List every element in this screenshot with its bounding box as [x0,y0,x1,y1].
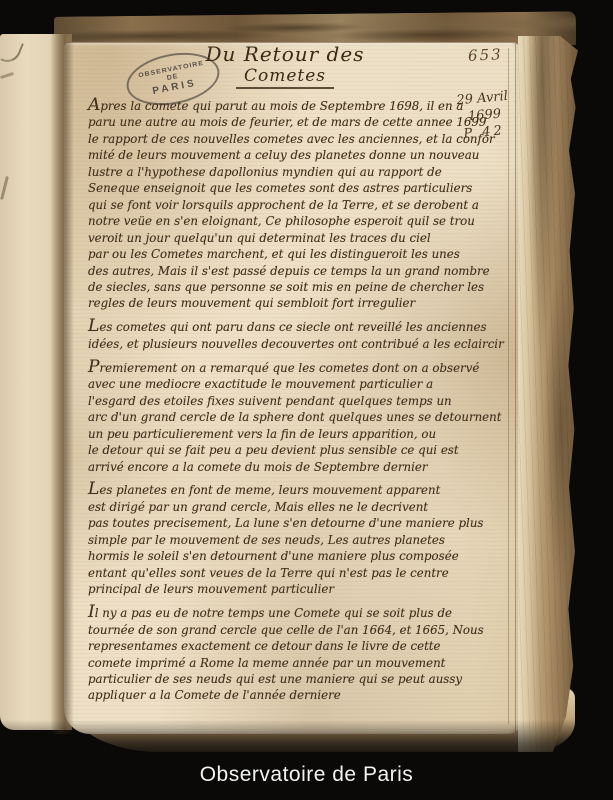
archival-photo: OBSERVATOIRE DE PARIS Du Retour des Come… [0,0,613,800]
manuscript-paragraph: Apres la comete qui parut au mois de Sep… [88,97,470,312]
manuscript-line: Les planetes en font de meme, leurs mouv… [88,481,470,498]
manuscript-line: arc d'un grand cercle de la sphere dont … [88,409,470,425]
manuscript-line: de siecles, sans que personne se soit mi… [88,279,470,295]
manuscript-line: notre veüe en s'en eloignant, Ce philoso… [88,213,470,229]
manuscript-line: idées, et plusieurs nouvelles decouverte… [88,336,470,352]
gutter-shadow [50,34,74,734]
under-page-edge [508,48,509,724]
manuscript-line: lustre a l'hypothese dapollonius myndien… [88,164,470,180]
manuscript-line: un peu particulierement vers la fin de l… [88,426,470,442]
manuscript-text: Apres la comete qui parut au mois de Sep… [88,97,470,704]
manuscript-paragraph: Les cometes qui ont paru dans ce siecle … [88,318,470,352]
manuscript-line: veroit un jour quelqu'un qui determinat … [88,230,470,246]
manuscript-line: hormis le soleil s'en detournent d'une m… [88,548,470,564]
manuscript-line: le detour qui se fait peu a peu devient … [88,442,470,458]
manuscript-line: particulier de ses neuds qui est une man… [88,671,470,687]
manuscript-line: par ou les Cometes marchent, et qui les … [88,246,470,262]
manuscript-line: entant qu'elles sont veues de la Terre q… [88,565,470,581]
manuscript-paragraph: Il ny a pas eu de notre temps une Comete… [88,604,470,704]
page-title-line2: Cometes [236,66,334,89]
page-title-line1: Du Retour des [190,42,380,66]
manuscript-paragraph: Premierement on a remarqué que les comet… [88,359,470,475]
manuscript-line: paru une autre au mois de feurier, et de… [88,114,470,130]
manuscript-line: principal de leurs mouvement particulier [88,581,470,597]
manuscript-line: regles de leurs mouvement qui sembloit f… [88,295,470,311]
manuscript-line: tournée de son grand cercle que celle de… [88,622,470,638]
manuscript-line: des autres, Mais il s'est passé depuis c… [88,263,470,279]
under-page-edge [515,44,516,732]
manuscript-line: pas toutes precisement, La lune s'en det… [88,515,470,531]
manuscript-line: Seneque enseignoit que les cometes sont … [88,180,470,196]
manuscript-line: Apres la comete qui parut au mois de Sep… [88,97,470,114]
manuscript-paragraph: Les planetes en font de meme, leurs mouv… [88,481,470,597]
folio-number: 653 [468,45,504,65]
manuscript-line: est dirigé par un grand cercle, Mais ell… [88,499,470,515]
manuscript-line: arrivé encore a la comete du mois de Sep… [88,459,470,475]
manuscript-line: simple par le mouvement de ses neuds, Le… [88,532,470,548]
manuscript-line: l'esgard des etoiles fixes suivent penda… [88,393,470,409]
manuscript-line: Il ny a pas eu de notre temps une Comete… [88,604,470,621]
manuscript-line: qui se font voir lorsquils approchent de… [88,197,470,213]
page-title: Du Retour des Cometes [190,42,380,89]
manuscript-line: mité de leurs mouvement a celuy des plan… [88,147,470,163]
book-fore-edge [518,36,578,752]
manuscript-line: representames exactement ce detour dans … [88,638,470,654]
manuscript-line: Premierement on a remarqué que les comet… [88,359,470,376]
manuscript-line: le rapport de ces nouvelles cometes avec… [88,131,470,147]
manuscript-line: Les cometes qui ont paru dans ce siecle … [88,318,470,335]
manuscript-line: comete imprimé a Rome la meme année par … [88,655,470,671]
manuscript-line: appliquer a la Comete de l'année dernier… [88,687,470,703]
photo-caption: Observatoire de Paris [0,763,613,787]
manuscript-line: avec une mediocre exactitude le mouvemen… [88,376,470,392]
